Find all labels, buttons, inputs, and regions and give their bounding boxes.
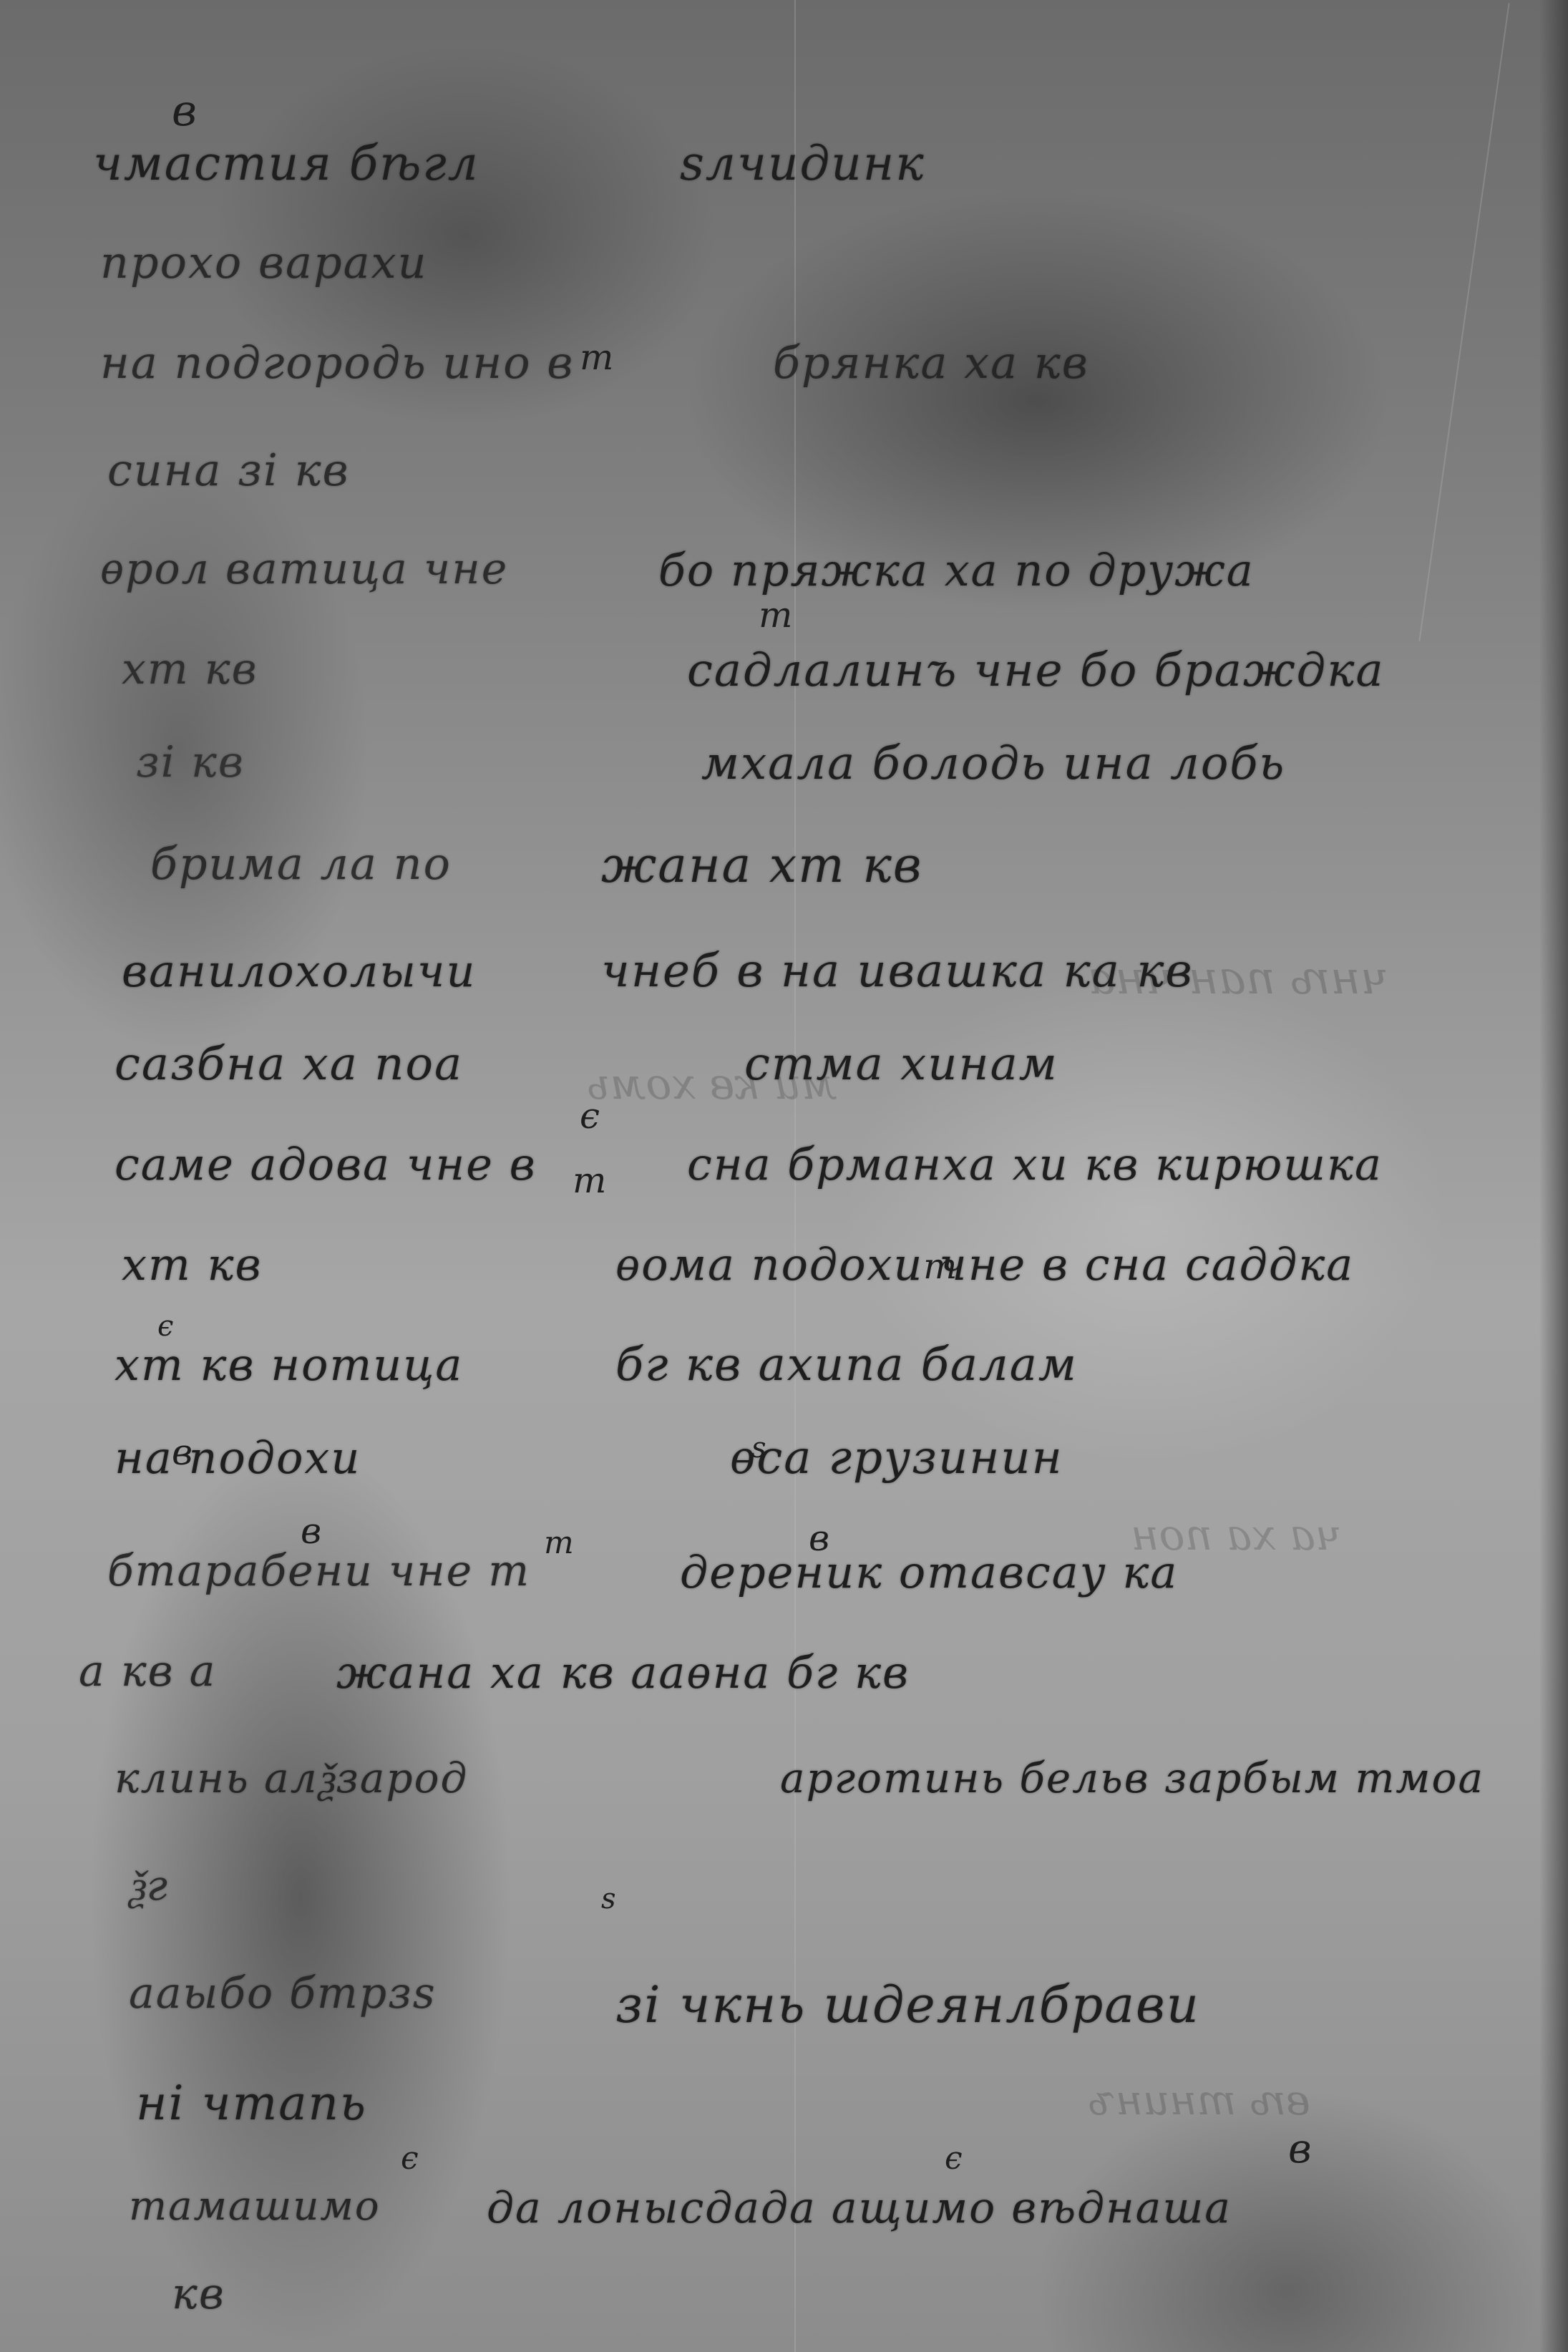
manuscript-line-right: жана ха кв ааѳна бг кв xyxy=(336,1646,910,1699)
superscript-letter: т xyxy=(580,336,613,378)
manuscript-line-left: а кв а xyxy=(79,1646,216,1696)
manuscript-page: чнѣ пан чна ми кв хомь ча ха пон вѣ тнин… xyxy=(0,0,1568,2352)
manuscript-line-left: саме адова чне в xyxy=(115,1138,537,1190)
manuscript-line-right: стма хинам xyxy=(744,1038,1058,1091)
manuscript-line-right: арготинь бельв зарбым тмоа xyxy=(780,1754,1484,1802)
manuscript-line-right: брянка ха кв xyxy=(773,336,1089,389)
manuscript-line-right: садлалинъ чне бо браждка xyxy=(687,644,1385,697)
manuscript-line-left: ні чтапь xyxy=(136,2076,367,2131)
page-edge-shadow xyxy=(1539,0,1568,2352)
manuscript-line-right: да лонысдада ащимо вѣднаша xyxy=(487,2183,1232,2233)
manuscript-line-right: дереник отавсау ка xyxy=(680,1546,1178,1598)
manuscript-line-left: ааыбо бтрзѕ xyxy=(129,1968,437,2018)
manuscript-line-right: мхала болодь ина лобь xyxy=(701,737,1285,790)
bleed-through-text: вѣ тнинъ xyxy=(1088,2076,1310,2124)
superscript-letter: в xyxy=(1288,2126,1312,2172)
manuscript-line-left: клинь алѯзарод xyxy=(115,1754,468,1802)
manuscript-line-left: чмастия бѣгл xyxy=(93,136,479,191)
manuscript-line-left: ванилохолычи xyxy=(122,945,476,997)
manuscript-line-right: зі чкнь шдеянлбрави xyxy=(615,1976,1200,2034)
manuscript-line-left: тамашимо xyxy=(129,2183,381,2230)
manuscript-line-right: ѳома подохи чне в сна саддка xyxy=(615,1238,1354,1291)
superscript-letter: т xyxy=(573,1160,606,1201)
manuscript-line-left: зі кв xyxy=(136,737,245,787)
manuscript-line-left: брима ла по xyxy=(150,837,452,890)
superscript-letter: є xyxy=(401,2140,419,2177)
superscript-letter: є xyxy=(580,1095,600,1137)
manuscript-line-right: сна брманха хи кв кирюшка xyxy=(687,1138,1383,1190)
manuscript-line-left: ѳрол ватица чне xyxy=(100,544,508,594)
manuscript-line-left: ѯг xyxy=(129,1861,169,1910)
manuscript-line-left: сина зі кв xyxy=(107,444,350,496)
manuscript-line-right: чнеб в на ивашка ка кв xyxy=(601,945,1194,998)
paper-tear xyxy=(1418,3,1509,641)
manuscript-line-left: на подгородь ино в xyxy=(100,336,574,389)
manuscript-line-right: бг кв ахипа балам xyxy=(615,1338,1078,1391)
superscript-letter: в xyxy=(172,86,197,136)
superscript-letter: т xyxy=(544,1525,574,1561)
superscript-letter: є xyxy=(945,2140,963,2177)
superscript-letter: т xyxy=(759,594,792,636)
manuscript-line-left: на подохи xyxy=(115,1432,361,1484)
manuscript-line-left: прохо варахи xyxy=(100,236,428,288)
manuscript-line-left: бтарабени чне т xyxy=(107,1546,530,1596)
manuscript-line-left: сазбна ха поа xyxy=(115,1038,463,1091)
manuscript-line-left: кв xyxy=(172,2269,225,2319)
manuscript-line-right: ѕлчидинк xyxy=(680,136,925,191)
superscript-letter: ѕ xyxy=(601,1882,616,1915)
manuscript-line-right: бо пряжка ха по дружа xyxy=(658,544,1255,596)
manuscript-line-right: ѳса грузинин xyxy=(730,1432,1063,1484)
manuscript-line-left: хт кв xyxy=(122,1238,263,1291)
manuscript-line-right: жана хт кв xyxy=(601,837,922,894)
manuscript-line-left: хт кв нотица xyxy=(115,1338,463,1391)
manuscript-line-left: хт кв xyxy=(122,644,258,694)
